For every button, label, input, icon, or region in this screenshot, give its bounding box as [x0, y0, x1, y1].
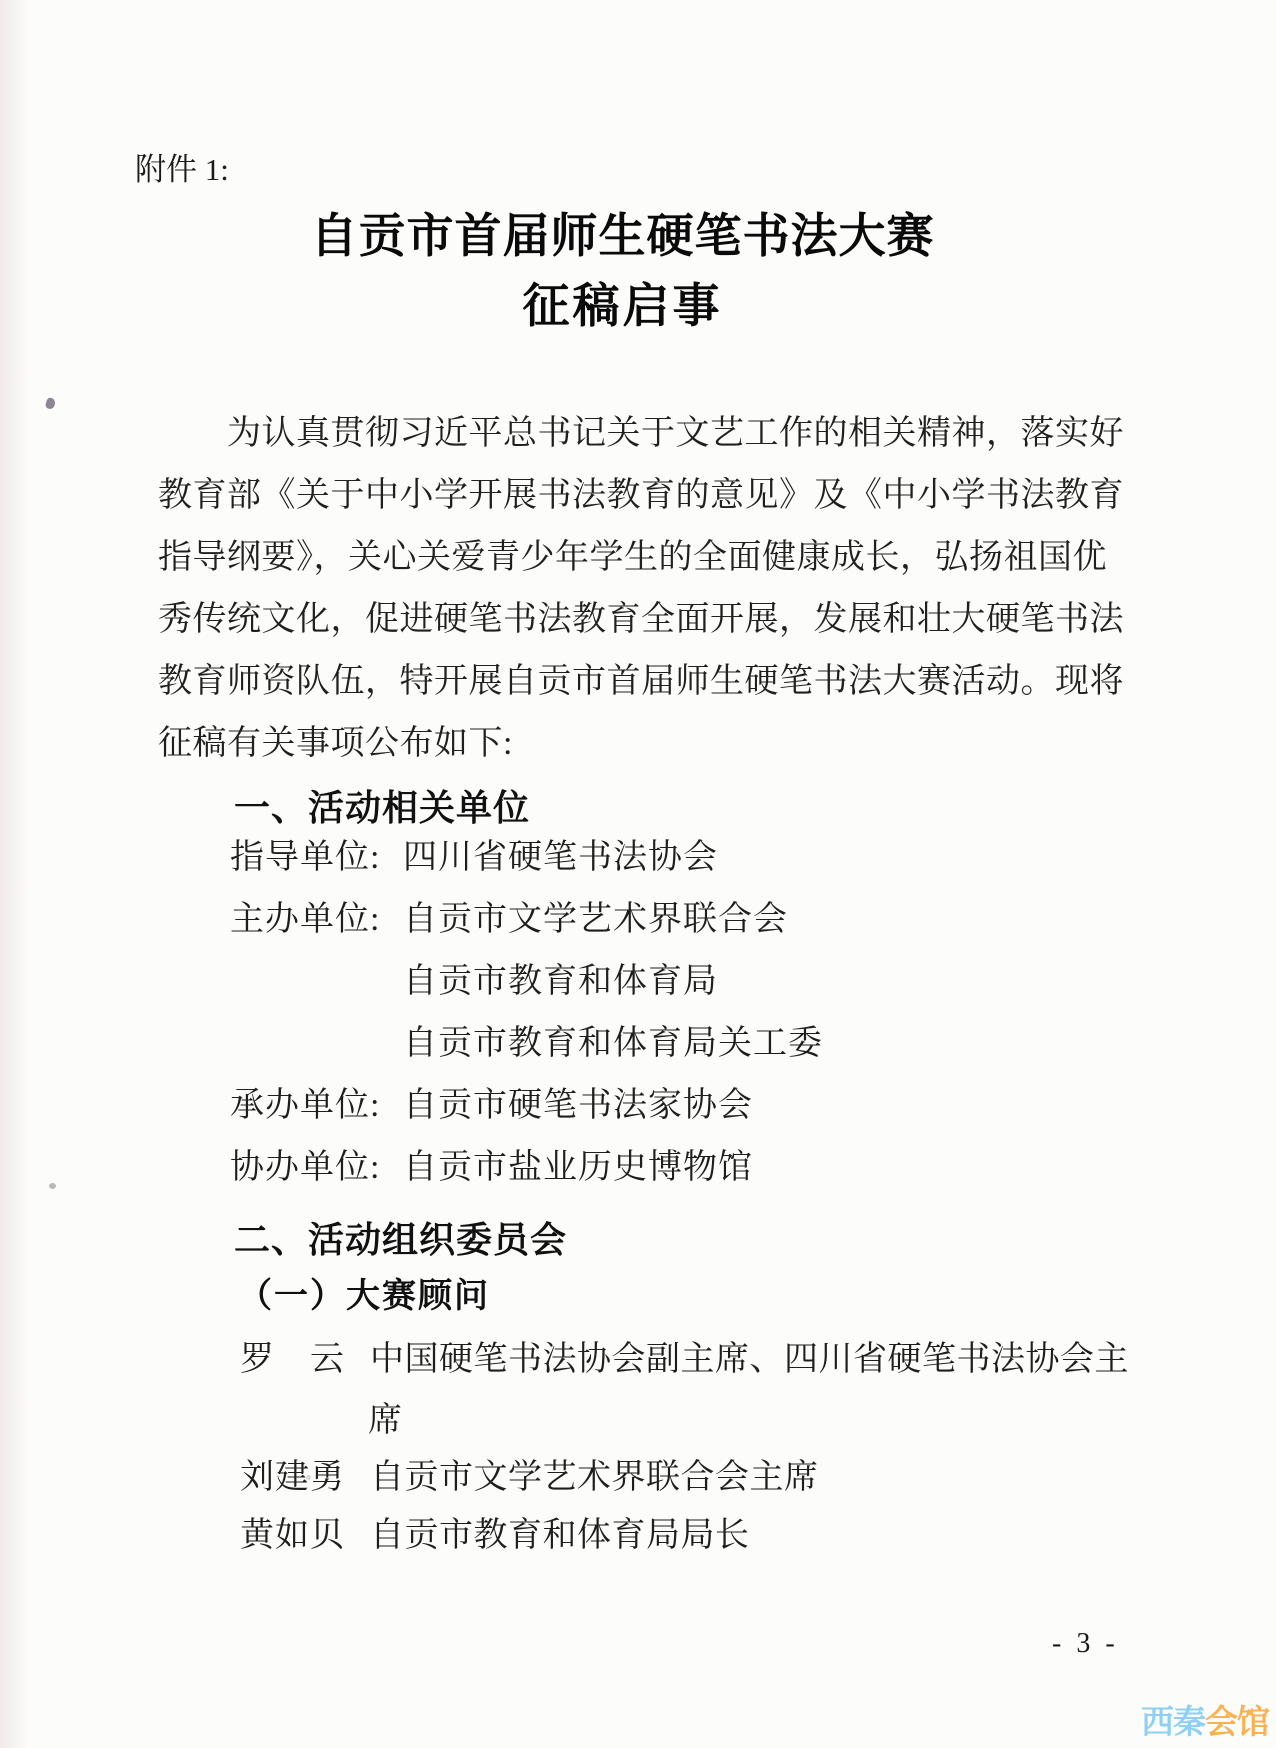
unit-row: 协办单位: 自贡市盐业历史博物馆: [0, 1148, 1276, 1192]
scanned-document-page: 附件 1: 自贡市首届师生硬笔书法大赛 征稿启事 为认真贯彻习近平总书记关于文艺…: [0, 0, 1276, 1748]
advisor-name: 罗 云: [240, 1340, 345, 1379]
site-watermark: 西秦会馆: [1141, 1704, 1269, 1740]
unit-row: 承办单位: 自贡市硬笔书法家协会: [0, 1086, 1276, 1130]
advisor-name: 黄如贝: [240, 1516, 345, 1555]
intro-line: 教育部《关于中小学开展书法教育的意见》及《中小学书法教育: [158, 465, 1158, 527]
unit-label: 主办单位:: [230, 900, 380, 939]
section-heading-units: 一、活动相关单位: [234, 788, 530, 828]
advisor-title: 自贡市文学艺术界联合会主席: [370, 1458, 819, 1497]
unit-label: 指导单位:: [230, 838, 380, 877]
attachment-label: 附件 1:: [135, 144, 229, 189]
intro-line: 征稿有关事项公布如下:: [158, 713, 1158, 775]
unit-row: 自贡市教育和体育局关工委: [0, 1024, 1276, 1068]
intro-line: 教育师资队伍，特开展自贡市首届师生硬笔书法大赛活动。现将: [158, 651, 1158, 713]
unit-value: 自贡市教育和体育局关工委: [403, 1024, 823, 1063]
unit-value: 自贡市盐业历史博物馆: [403, 1148, 753, 1187]
title-line-2: 征稿启事: [130, 272, 1115, 342]
unit-row: 指导单位: 四川省硬笔书法协会: [0, 838, 1276, 882]
page-number: - 3 -: [1052, 1628, 1119, 1660]
advisor-row: 黄如贝 自贡市教育和体育局局长: [0, 1516, 1276, 1562]
scan-speck: [45, 397, 57, 410]
intro-paragraph: 为认真贯彻习近平总书记关于文艺工作的相关精神，落实好 教育部《关于中小学开展书法…: [158, 403, 1158, 775]
advisor-name: 刘建勇: [240, 1458, 345, 1497]
unit-label: 承办单位:: [230, 1086, 380, 1125]
unit-row: 主办单位: 自贡市文学艺术界联合会: [0, 900, 1276, 944]
title-line-1: 自贡市首届师生硬笔书法大赛: [130, 202, 1115, 272]
unit-value: 自贡市教育和体育局: [403, 962, 718, 1001]
unit-value: 自贡市硬笔书法家协会: [403, 1086, 753, 1125]
advisor-title-continued: 席: [368, 1401, 402, 1440]
watermark-blue: 西秦: [1141, 1703, 1205, 1740]
intro-line: 指导纲要》，关心关爱青少年学生的全面健康成长，弘扬祖国优: [158, 527, 1158, 589]
unit-row: 自贡市教育和体育局: [0, 962, 1276, 1006]
advisor-title: 中国硬笔书法协会副主席、四川省硬笔书法协会主: [370, 1340, 1129, 1379]
intro-line: 为认真贯彻习近平总书记关于文艺工作的相关精神，落实好: [158, 403, 1158, 465]
unit-value: 自贡市文学艺术界联合会: [403, 900, 788, 939]
document-title: 自贡市首届师生硬笔书法大赛 征稿启事: [130, 202, 1115, 342]
intro-line: 秀传统文化，促进硬笔书法教育全面开展，发展和壮大硬笔书法: [158, 589, 1158, 651]
subsection-heading-advisors: （一）大赛顾问: [238, 1278, 490, 1315]
unit-value: 四川省硬笔书法协会: [403, 838, 718, 877]
watermark-orange: 会馆: [1205, 1703, 1269, 1740]
advisor-row-continuation: 席: [0, 1401, 1276, 1447]
unit-label: 协办单位:: [230, 1148, 380, 1187]
advisor-title: 自贡市教育和体育局局长: [370, 1516, 750, 1555]
advisor-row: 罗 云 中国硬笔书法协会副主席、四川省硬笔书法协会主: [0, 1340, 1276, 1386]
section-heading-committee: 二、活动组织委员会: [234, 1220, 567, 1260]
advisor-row: 刘建勇 自贡市文学艺术界联合会主席: [0, 1458, 1276, 1504]
